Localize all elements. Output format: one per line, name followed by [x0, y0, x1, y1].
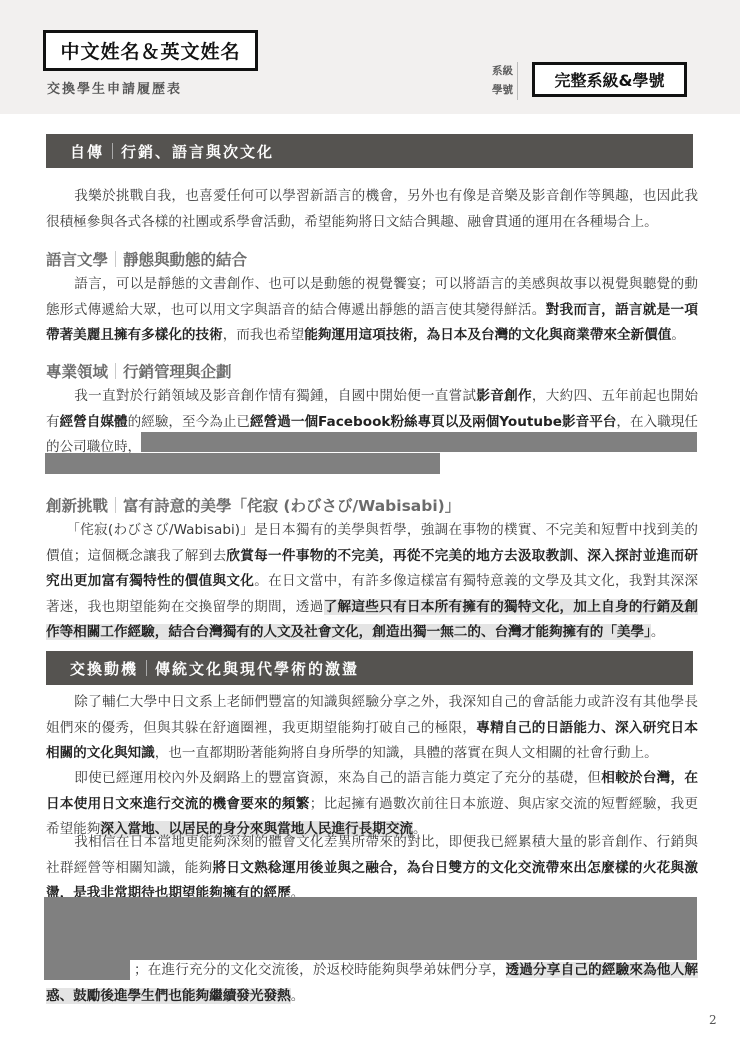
subheading-language-literature: 語言文學 靜態與動態的結合: [46, 248, 247, 270]
divider: [115, 251, 116, 267]
dept-label-id: 學號: [492, 81, 513, 100]
paragraph-innovation: 「侘寂(わびさび/Wabisabi)」是日本獨有的美學與哲學，強調在事物的樸實、…: [46, 518, 698, 646]
section-title: 自傳: [70, 141, 104, 162]
section-subtitle: 傳統文化與現代學術的激盪: [155, 658, 359, 679]
paragraph-motivation-4: ；在進行充分的文化交流後，於返校時能夠與學弟妹們分享，透過分享自己的經驗來為他人…: [46, 958, 698, 1009]
name-box: 中文姓名＆英文姓名: [43, 30, 258, 71]
section-subtitle: 行銷、語言與次文化: [121, 141, 274, 162]
section-bar-autobiography: 自傳 行銷、語言與次文化: [46, 134, 693, 168]
redaction-block: [141, 432, 697, 452]
divider: [115, 363, 116, 379]
document-subtitle: 交換學生申請履歷表: [47, 78, 182, 97]
paragraph-motivation-1: 除了輔仁大學中日文系上老師們豐富的知識與經驗分享之外，我深知自己的會話能力或許沒…: [46, 690, 698, 767]
subheading-professional-field: 專業領域 行銷管理與企劃: [46, 360, 232, 382]
divider: [112, 143, 113, 159]
redaction-block: [45, 453, 440, 474]
section-bar-exchange-motivation: 交換動機 傳統文化與現代學術的激盪: [46, 651, 693, 685]
redaction-block: [44, 897, 697, 960]
paragraph-language-literature: 語言，可以是靜態的文書創作、也可以是動態的視覺饗宴；可以將語言的美感與故事以視覺…: [46, 272, 698, 349]
divider: [115, 497, 116, 513]
dept-labels: 系級 學號: [492, 62, 518, 100]
page-number: 2: [709, 1013, 717, 1027]
paragraph-motivation-3: 我相信在日本當地更能夠深刻的體會文化差異所帶來的對比，即便我已經累積大量的影音創…: [46, 830, 698, 907]
dept-id-box: 完整系級&學號: [532, 62, 687, 97]
subheading-innovation: 創新挑戰 富有詩意的美學「侘寂 (わびさび/Wabisabi)」: [46, 494, 460, 516]
divider: [146, 660, 147, 676]
section-title: 交換動機: [70, 658, 138, 679]
intro-paragraph: 我樂於挑戰自我，也喜愛任何可以學習新語言的機會，另外也有像是音樂及影音創作等興趣…: [46, 184, 698, 235]
dept-label-class: 系級: [492, 62, 513, 81]
